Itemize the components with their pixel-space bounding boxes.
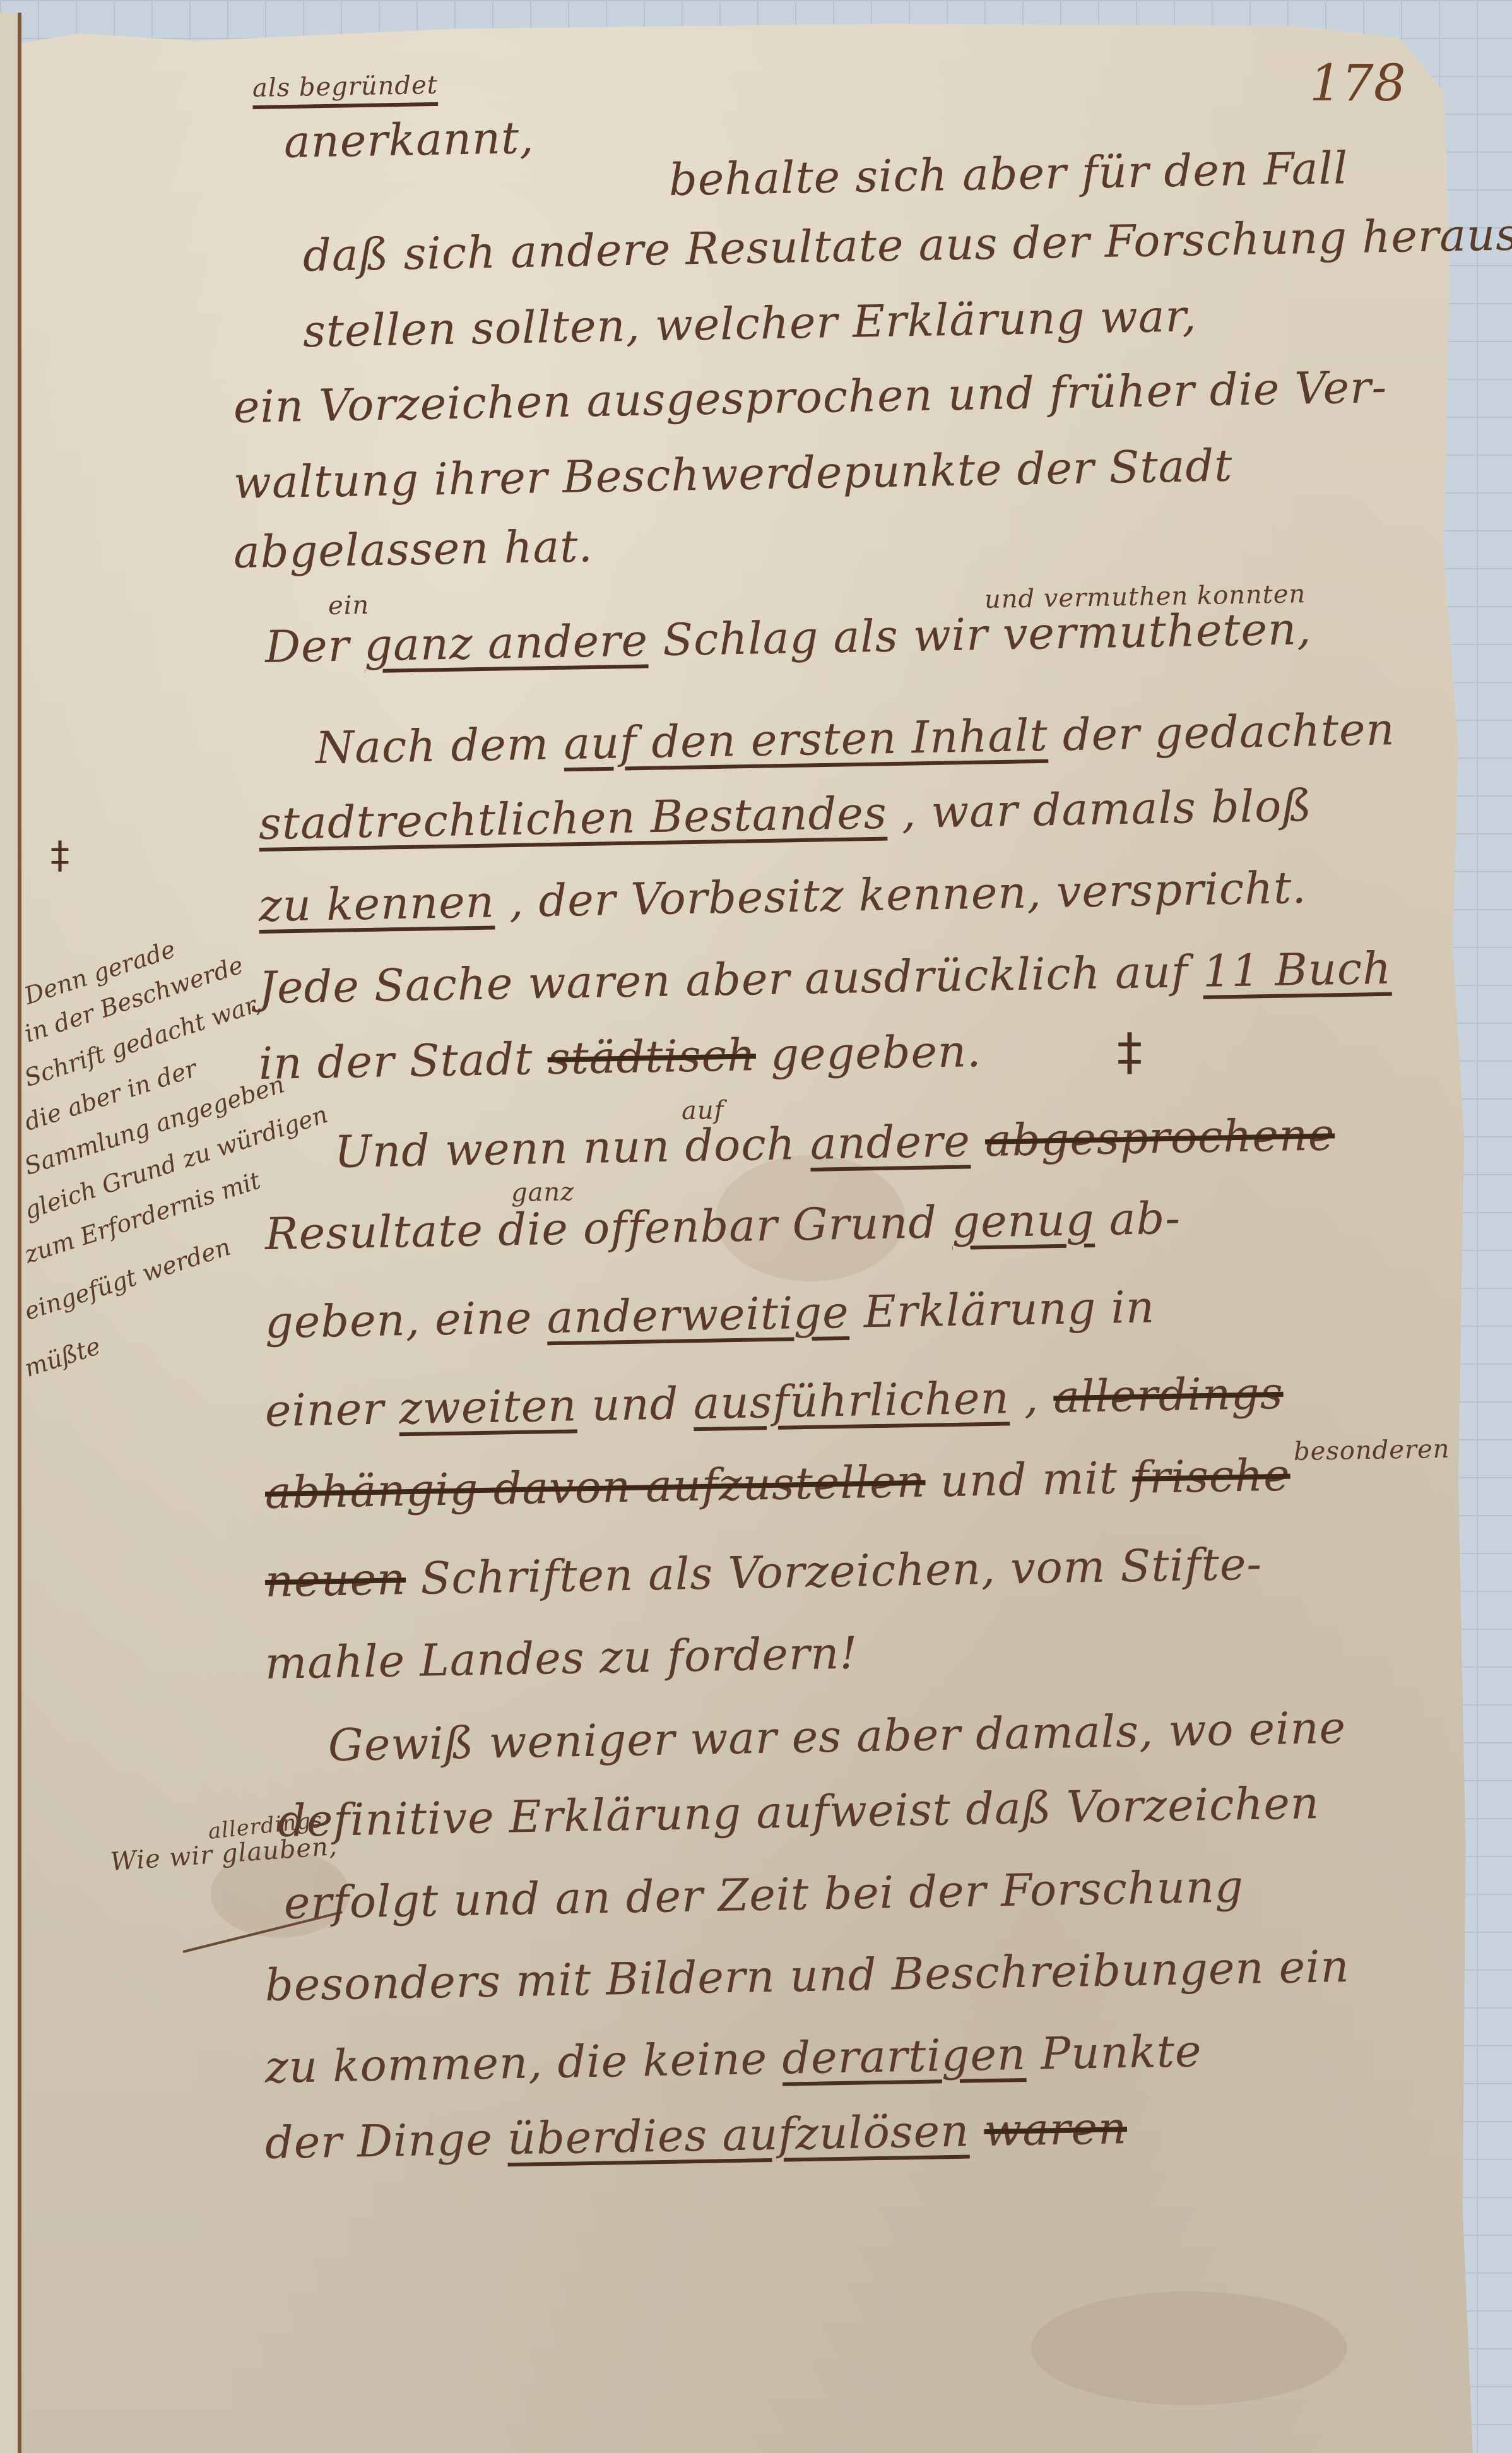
insertion-mark: ‡ <box>1117 1023 1142 1081</box>
line-1: behalte sich aber für den Fall <box>668 146 1348 202</box>
margin-insertion-mark: ‡ <box>50 833 69 877</box>
insert-als-begruendet: als begründet <box>252 73 438 101</box>
line-8-prefix: Nach dem <box>315 718 550 774</box>
line-16-prefix: einer <box>264 1383 384 1437</box>
line-24-underlined: derartigen <box>782 2028 1027 2084</box>
line-9-underlined: stadtrechtlichen Bestandes <box>258 787 887 850</box>
insert-anerkannt: anerkannt, <box>283 116 535 164</box>
line-24-prefix: zu kommen, die keine <box>264 2033 767 2093</box>
line-24-rest: Punkte <box>1041 2025 1203 2079</box>
insert-ein: ein <box>328 593 370 619</box>
line-25-prefix: der Dinge <box>264 2113 493 2169</box>
line-13-underlined: andere <box>810 1115 971 1169</box>
adjacent-page-edge <box>0 13 21 2453</box>
line-16-underlined-a: zweiten <box>398 1379 577 1434</box>
line-12-struck: städtisch <box>547 1029 757 1084</box>
line-6: abgelassen hat. <box>233 524 593 574</box>
line-13-rest: doch <box>685 1118 796 1172</box>
line-12-prefix: in der Stadt <box>258 1033 533 1090</box>
line-19: mahle Landes zu fordern! <box>264 1631 858 1685</box>
line-13-prefix: Und wenn nun <box>334 1120 671 1178</box>
line-9-rest: , war damals bloß <box>901 780 1313 838</box>
line-16-underlined-b: ausführlichen <box>693 1372 1010 1429</box>
line-15-prefix: geben, eine <box>264 1292 533 1348</box>
line-14-underlined: genug <box>952 1194 1096 1248</box>
line-25-underlined: überdies aufzulösen <box>507 2105 970 2165</box>
line-8-rest: der gedachten <box>1062 703 1395 761</box>
insert-ganz: ganz <box>511 1179 575 1206</box>
page-number: 178 <box>1309 54 1406 112</box>
line-18-struck: neuen <box>264 1553 406 1607</box>
line-16-struck: allerdings <box>1053 1367 1284 1423</box>
line-14-suffix: ab- <box>1109 1192 1181 1245</box>
line-17-rest: und mit <box>940 1452 1118 1507</box>
line-11-underlined: 11 Buch <box>1202 942 1392 997</box>
line-17-struck-b: frische <box>1131 1449 1291 1504</box>
line-13-struck: abgesprochene <box>984 1108 1335 1167</box>
line-14-prefix: Resultate <box>264 1204 483 1260</box>
line-15-underlined: anderweitige <box>546 1286 849 1343</box>
line-12-rest: gegeben. <box>770 1025 981 1081</box>
line-12: in der Stadt städtisch gegeben. <box>258 1029 981 1086</box>
insert-besonderen: besonderen <box>1294 1437 1450 1464</box>
line-16-mid: und <box>591 1378 679 1431</box>
line-25-struck: waren <box>984 2102 1128 2156</box>
line-10-underlined: zu kennen <box>258 876 495 932</box>
line-8-underlined: auf den ersten Inhalt <box>564 710 1049 769</box>
line-7-prefix: Der <box>264 620 350 673</box>
line-14-rest: die offenbar Grund <box>497 1196 937 1256</box>
line-15-rest: Erklärung in <box>863 1281 1155 1338</box>
stain <box>1031 2291 1347 2405</box>
line-7-underlined: ganz andere <box>364 614 649 671</box>
